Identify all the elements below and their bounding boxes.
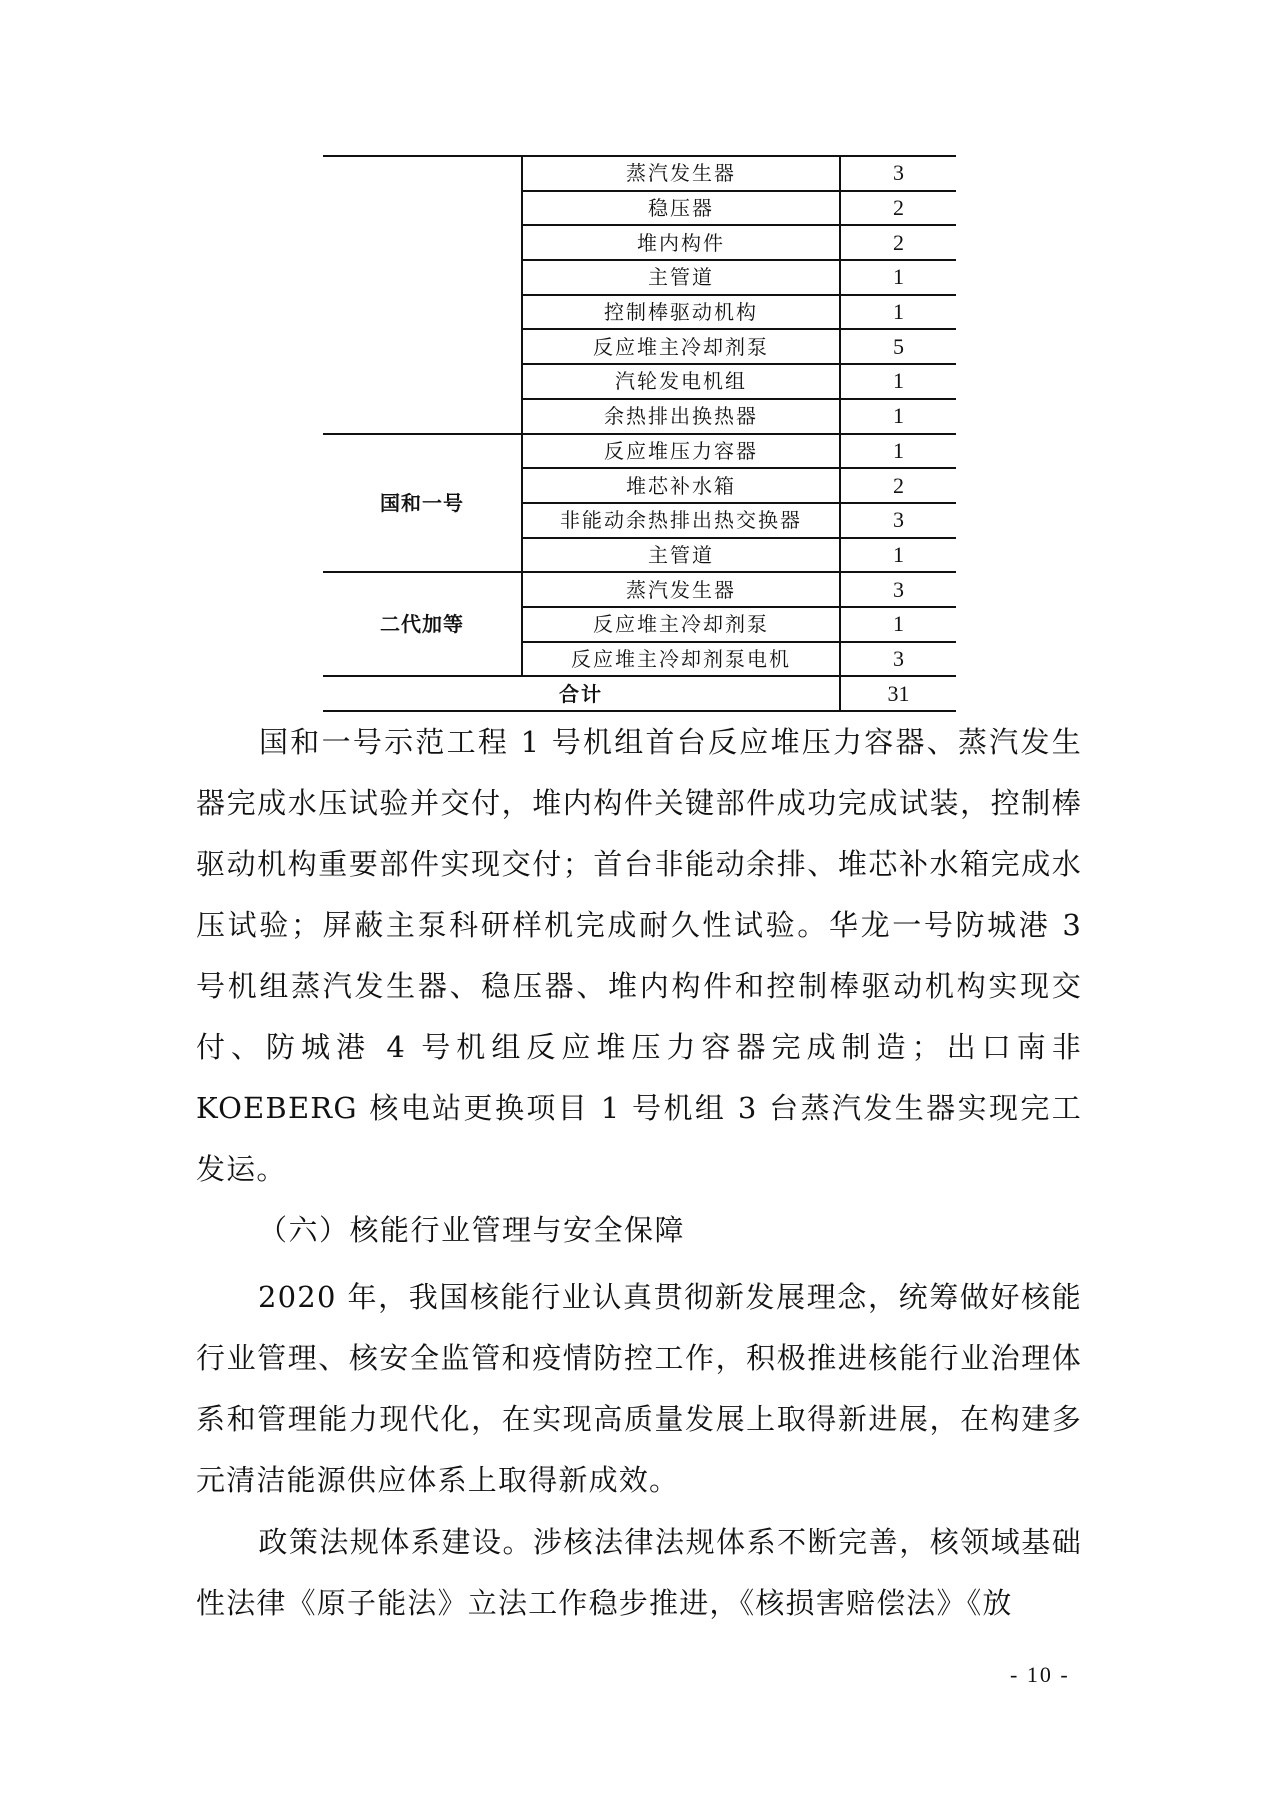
equipment-name: 余热排出换热器 [522, 399, 840, 434]
equipment-count: 1 [840, 607, 956, 642]
equipment-count: 1 [840, 364, 956, 399]
equipment-count: 3 [840, 156, 956, 191]
equipment-count: 2 [840, 225, 956, 260]
paragraph-text: 2020 年，我国核能行业认真贯彻新发展理念，统筹做好核能行业管理、核安全监管和… [196, 1280, 1082, 1497]
equipment-name: 堆芯补水箱 [522, 468, 840, 503]
equipment-name: 蒸汽发生器 [522, 156, 840, 191]
equipment-count: 1 [840, 434, 956, 469]
document-page: 蒸汽发生器 3 稳压器 2 堆内构件 2 主管道 1 控制棒驱动机构 1 反应堆… [0, 0, 1280, 1810]
equipment-count: 2 [840, 468, 956, 503]
paragraph-text: 政策法规体系建设。涉核法律法规体系不断完善，核领域基础性法律《原子能法》立法工作… [196, 1525, 1082, 1620]
equipment-count: 3 [840, 572, 956, 607]
equipment-name: 反应堆主冷却剂泵 [522, 329, 840, 364]
group-cell-empty [323, 156, 522, 434]
equipment-count: 5 [840, 329, 956, 364]
equipment-name: 主管道 [522, 260, 840, 295]
equipment-name: 反应堆主冷却剂泵电机 [522, 642, 840, 677]
paragraph-equipment-delivery: 国和一号示范工程 1 号机组首台反应堆压力容器、蒸汽发生器完成水压试验并交付，堆… [196, 712, 1082, 1200]
group-label-guohe: 国和一号 [323, 434, 522, 573]
equipment-name: 反应堆主冷却剂泵 [522, 607, 840, 642]
equipment-name: 堆内构件 [522, 225, 840, 260]
group-label-gen2plus: 二代加等 [323, 572, 522, 676]
paragraph-text: 国和一号示范工程 1 号机组首台反应堆压力容器、蒸汽发生器完成水压试验并交付，堆… [196, 725, 1082, 1186]
equipment-count: 2 [840, 191, 956, 226]
section-heading: （六）核能行业管理与安全保障 [258, 1210, 685, 1250]
equipment-name: 蒸汽发生器 [522, 572, 840, 607]
equipment-name: 汽轮发电机组 [522, 364, 840, 399]
paragraph-industry-management: 2020 年，我国核能行业认真贯彻新发展理念，统筹做好核能行业管理、核安全监管和… [196, 1267, 1082, 1511]
page-number: - 10 - [1010, 1662, 1070, 1688]
table-row: 二代加等 蒸汽发生器 3 [323, 572, 956, 607]
equipment-name: 反应堆压力容器 [522, 434, 840, 469]
equipment-count: 1 [840, 260, 956, 295]
equipment-name: 主管道 [522, 538, 840, 573]
equipment-name: 稳压器 [522, 191, 840, 226]
paragraph-policy-regulation: 政策法规体系建设。涉核法律法规体系不断完善，核领域基础性法律《原子能法》立法工作… [196, 1512, 1082, 1634]
total-value: 31 [840, 676, 956, 711]
equipment-name: 非能动余热排出热交换器 [522, 503, 840, 538]
equipment-count: 1 [840, 538, 956, 573]
equipment-count: 1 [840, 295, 956, 330]
equipment-count: 3 [840, 642, 956, 677]
equipment-table: 蒸汽发生器 3 稳压器 2 堆内构件 2 主管道 1 控制棒驱动机构 1 反应堆… [323, 155, 956, 712]
equipment-name: 控制棒驱动机构 [522, 295, 840, 330]
table-total-row: 合计 31 [323, 676, 956, 711]
equipment-count: 3 [840, 503, 956, 538]
total-label: 合计 [323, 676, 840, 711]
table-row: 蒸汽发生器 3 [323, 156, 956, 191]
equipment-count: 1 [840, 399, 956, 434]
table-row: 国和一号 反应堆压力容器 1 [323, 434, 956, 469]
